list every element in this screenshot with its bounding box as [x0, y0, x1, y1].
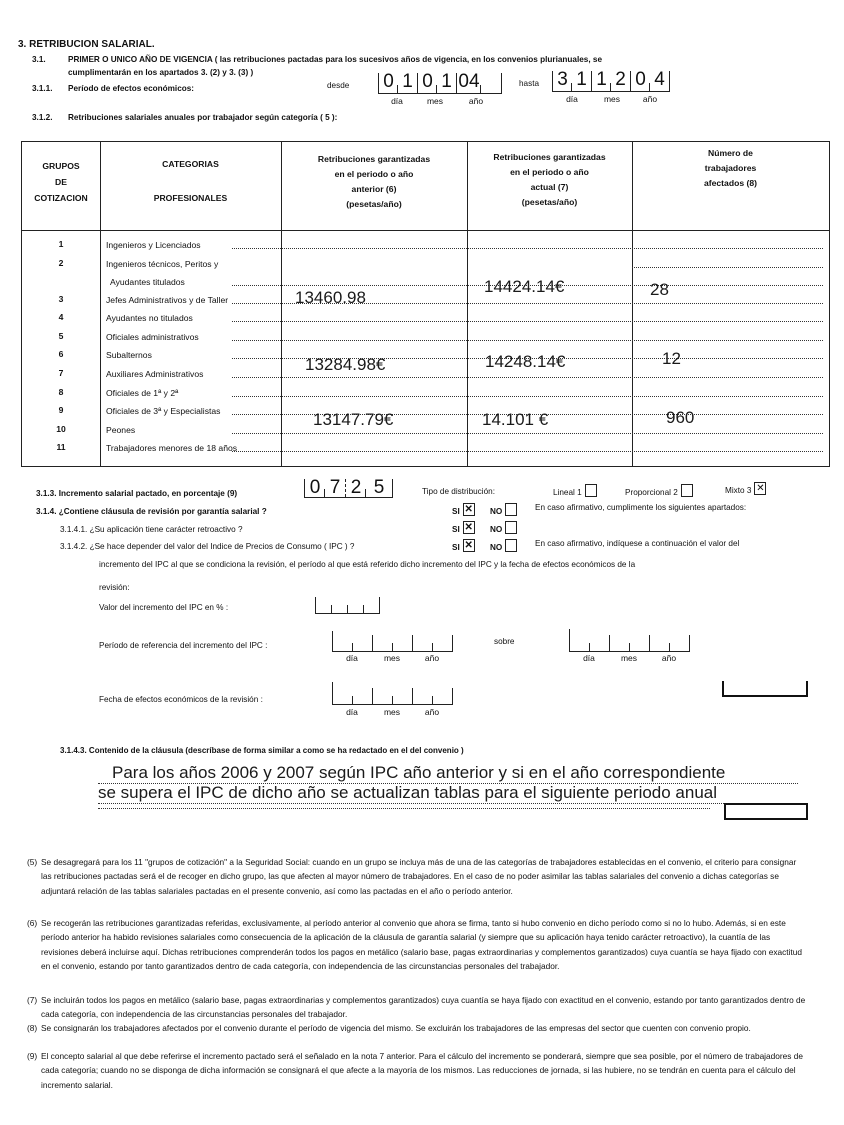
footnote-number: (6)	[27, 916, 37, 930]
footnote: (9)El concepto salarial al que debe refe…	[27, 1049, 807, 1092]
hasta-label: hasta	[519, 79, 539, 88]
hasta-anio-2: 4	[650, 71, 670, 91]
s31-text: PRIMER O UNICO AÑO DE VIGENCIA ( las ret…	[68, 55, 808, 64]
dotted-line	[632, 267, 823, 268]
grupo-cell: 7	[22, 368, 100, 378]
s3143-label: 3.1.4.3. Contenido de la cláusula (descr…	[60, 746, 464, 755]
desde-label: desde	[327, 81, 349, 90]
s3142-cont-2: revisión:	[99, 583, 130, 592]
salary-table: GRUPOSDECOTIZACION CATEGORIAS PROFESIONA…	[21, 141, 830, 467]
clausula-text-1: Para los años 2006 y 2007 según IPC año …	[112, 763, 725, 782]
sobre-date-labels: díamesaño	[569, 653, 689, 663]
checkbox-s314-no[interactable]	[505, 503, 517, 516]
footnote-number: (7)	[27, 993, 37, 1007]
incremento-digit-2: 7	[325, 479, 346, 497]
categoria-cell: Oficiales de 1ª y 2ª	[106, 385, 178, 401]
corner-box-2	[724, 803, 808, 820]
sobre-date-field[interactable]	[569, 629, 690, 652]
checkbox-s3141-no[interactable]	[505, 521, 517, 534]
ipc-valor-field[interactable]	[315, 597, 380, 614]
fecha-efectos-label: Fecha de efectos económicos de la revisi…	[99, 695, 263, 704]
s312-number: 3.1.2.	[32, 113, 53, 122]
footnote-text: Se consignarán los trabajadores afectado…	[41, 1021, 807, 1035]
ipc-valor-label: Valor del incremento del IPC en % :	[99, 603, 228, 612]
grupo-cell: 2	[22, 258, 100, 268]
categoria-cell: Ayudantes no titulados	[106, 310, 193, 326]
footnote-text: Se desagregará para los 11 "grupos de co…	[41, 855, 807, 898]
incremento-digit-3: 2	[346, 479, 366, 497]
categoria-cell: Subalternos	[106, 347, 152, 363]
footnote-number: (5)	[27, 855, 37, 869]
corner-box	[722, 681, 808, 697]
dia-label: día	[552, 94, 592, 104]
option-proporcional-label: Proporcional 2	[625, 488, 678, 497]
trabajadores-value-1[interactable]: 28	[650, 280, 669, 300]
categoria-cell: Jefes Administrativos y de Taller	[106, 292, 228, 308]
actual-value-1[interactable]: 14424.14€	[484, 277, 564, 297]
categoria-cell: Ayudantes titulados	[110, 274, 185, 290]
desde-mes-1: 0	[418, 73, 437, 93]
footnote-number: (8)	[27, 1021, 37, 1035]
trabajadores-value-3[interactable]: 960	[666, 408, 694, 428]
desde-date-labels: día mes año	[378, 96, 498, 106]
checkbox-lineal[interactable]	[585, 484, 597, 497]
hasta-date-labels: día mes año	[552, 94, 668, 104]
grupo-cell: 11	[22, 442, 100, 452]
fecha-efectos-labels: díamesaño	[332, 707, 452, 717]
anio-label: año	[454, 96, 498, 106]
grupo-cell: 4	[22, 312, 100, 322]
s314-label: 3.1.4. ¿Contiene cláusula de revisión po…	[36, 507, 267, 516]
header-categorias: CATEGORIAS PROFESIONALES	[100, 156, 281, 207]
checkbox-proporcional[interactable]	[681, 484, 693, 497]
option-lineal-label: Lineal 1	[553, 488, 582, 497]
grupo-cell: 8	[22, 387, 100, 397]
hasta-date-field[interactable]: 3 1 1 2 0 4	[552, 71, 670, 92]
s3142-cont-1: incremento del IPC al que se condiciona …	[99, 560, 635, 569]
fecha-efectos-field[interactable]	[332, 682, 453, 705]
option-lineal[interactable]: Lineal 1	[553, 484, 597, 497]
incremento-digit-1: 0	[305, 479, 325, 497]
s3142-label: 3.1.4.2. ¿Se hace depender del valor del…	[60, 542, 354, 551]
dotted-line	[232, 321, 823, 322]
checkbox-mixto-checked[interactable]	[754, 482, 766, 495]
s312-label: Retribuciones salariales anuales por tra…	[68, 113, 337, 122]
dotted-line	[232, 248, 823, 249]
categoria-cell: Auxiliares Administrativos	[106, 366, 203, 382]
trabajadores-value-2[interactable]: 12	[662, 349, 681, 369]
s3142-note: En caso afirmativo, indíquese a continua…	[535, 539, 739, 548]
hasta-mes-1: 1	[592, 71, 611, 91]
section-title: 3. RETRIBUCION SALARIAL.	[18, 39, 155, 50]
checkbox-s3142-si-checked[interactable]	[463, 539, 475, 552]
header-retrib-anterior: Retribuciones garantizadasen el periodo …	[281, 152, 467, 212]
header-retrib-actual: Retribuciones garantizadasen el periodo …	[467, 150, 632, 210]
s3141-si[interactable]: SI	[452, 521, 475, 534]
clausula-line-2[interactable]: se supera el IPC de dicho año se actuali…	[98, 783, 798, 804]
mes-label: mes	[592, 94, 632, 104]
option-mixto-label: Mixto 3	[725, 486, 751, 495]
anterior-value-1[interactable]: 13460.98	[295, 288, 366, 308]
categoria-cell: Oficiales administrativos	[106, 329, 199, 345]
s313-label: 3.1.3. Incremento salarial pactado, en p…	[36, 489, 237, 498]
incremento-field[interactable]: 0 7 2 5	[304, 479, 393, 498]
periodo-label: Período de referencia del incremento del…	[99, 641, 267, 650]
tipo-distribucion-label: Tipo de distribución:	[422, 487, 495, 496]
desde-anio-1: 04	[457, 73, 481, 93]
actual-value-2[interactable]: 14248.14€	[485, 352, 565, 372]
categoria-cell: Ingenieros y Licenciados	[106, 237, 201, 253]
desde-date-field[interactable]: 0 1 0 1 04	[378, 73, 502, 94]
categoria-cell: Trabajadores menores de 18 años	[106, 440, 237, 456]
s311-label: Período de efectos económicos:	[68, 84, 194, 93]
checkbox-s3142-no[interactable]	[505, 539, 517, 552]
s3141-label: 3.1.4.1. ¿Su aplicación tiene carácter r…	[60, 525, 243, 534]
hasta-dia-1: 3	[553, 71, 572, 91]
dotted-line	[232, 377, 823, 378]
hasta-anio-1: 0	[631, 71, 650, 91]
desde-anio-2	[481, 73, 502, 93]
hasta-mes-2: 2	[611, 71, 631, 91]
dotted-line	[232, 396, 823, 397]
s314-no[interactable]: NO	[490, 503, 517, 516]
s314-si[interactable]: SI	[452, 503, 475, 516]
dotted-line	[232, 340, 823, 341]
footnote: (8)Se consignarán los trabajadores afect…	[27, 1021, 807, 1035]
hasta-dia-2: 1	[572, 71, 592, 91]
s31-number: 3.1.	[32, 55, 46, 64]
checkbox-s3141-si-checked[interactable]	[463, 521, 475, 534]
checkbox-s314-si-checked[interactable]	[463, 503, 475, 516]
option-proporcional[interactable]: Proporcional 2	[625, 484, 693, 497]
s3142-si[interactable]: SI	[452, 539, 475, 552]
footnote-text: Se incluirán todos los pagos en metálico…	[41, 993, 807, 1022]
categoria-cell: Ingenieros técnicos, Peritos y	[106, 256, 218, 272]
mes-label: mes	[416, 96, 454, 106]
categoria-cell: Oficiales de 3ª y Especialistas	[106, 403, 220, 419]
periodo-date-labels: díamesaño	[332, 653, 452, 663]
dotted-line	[232, 451, 823, 452]
categoria-cell: Peones	[106, 422, 135, 438]
footnote-text: El concepto salarial al que debe referir…	[41, 1049, 807, 1092]
grupo-cell: 5	[22, 331, 100, 341]
sobre-label: sobre	[494, 637, 514, 646]
incremento-digit-4: 5	[366, 479, 393, 497]
option-mixto[interactable]: Mixto 3	[725, 482, 766, 495]
grupo-cell: 9	[22, 405, 100, 415]
actual-value-3[interactable]: 14.101 €	[482, 410, 548, 430]
grupo-cell: 10	[22, 424, 100, 434]
footnote: (5)Se desagregará para los 11 "grupos de…	[27, 855, 807, 898]
anterior-value-2[interactable]: 13284.98€	[305, 355, 385, 375]
header-grupos: GRUPOSDECOTIZACION	[22, 158, 100, 206]
periodo-date-field[interactable]	[332, 631, 453, 652]
s3142-no[interactable]: NO	[490, 539, 517, 552]
footnote: (6)Se recogerán las retribuciones garant…	[27, 916, 807, 973]
header-num-trabajadores: Número detrabajadoresafectados (8)	[632, 146, 829, 191]
dotted-line	[232, 433, 823, 434]
anio-label: año	[632, 94, 668, 104]
footnote-text: Se recogerán las retribuciones garantiza…	[41, 916, 807, 973]
clausula-text-2: se supera el IPC de dicho año se actuali…	[98, 783, 717, 802]
dia-label: día	[378, 96, 416, 106]
grupo-cell: 6	[22, 349, 100, 359]
s311-number: 3.1.1.	[32, 84, 53, 93]
footnote-number: (9)	[27, 1049, 37, 1063]
grupo-cell: 1	[22, 239, 100, 249]
s3141-no[interactable]: NO	[490, 521, 517, 534]
desde-mes-2: 1	[437, 73, 457, 93]
s31-text-cont: cumplimentarán en los apartados 3. (2) y…	[68, 68, 253, 77]
s314-note: En caso afirmativo, cumplimente los sigu…	[535, 503, 746, 512]
grupo-cell: 3	[22, 294, 100, 304]
desde-dia-2: 1	[398, 73, 418, 93]
clausula-line-1[interactable]: Para los años 2006 y 2007 según IPC año …	[98, 763, 798, 784]
anterior-value-3[interactable]: 13147.79€	[313, 410, 393, 430]
desde-dia-1: 0	[379, 73, 398, 93]
clausula-line-3[interactable]	[98, 808, 710, 809]
footnote: (7)Se incluirán todos los pagos en metál…	[27, 993, 807, 1022]
